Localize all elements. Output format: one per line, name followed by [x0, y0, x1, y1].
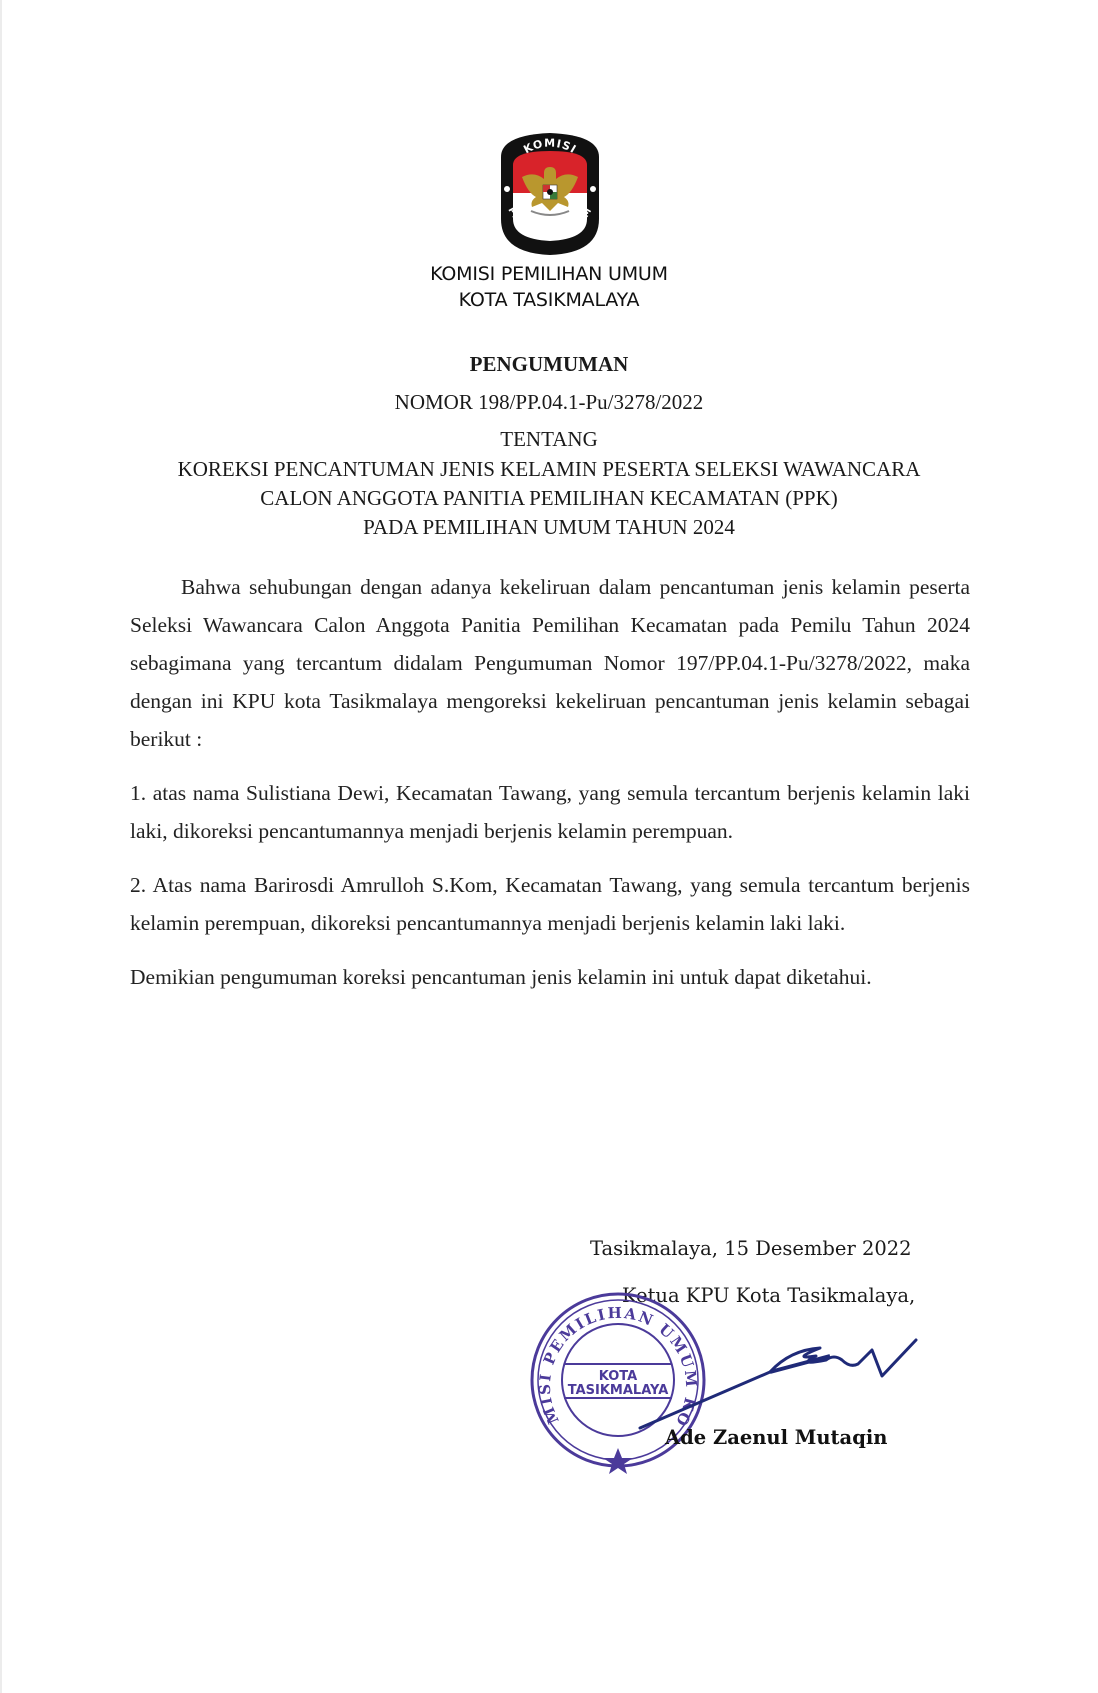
heading-about: TENTANG	[0, 427, 1098, 452]
handwritten-signature-icon	[620, 1320, 920, 1440]
signer-name: Ade Zaenul Mutaqin	[665, 1426, 887, 1449]
subject-line-3: PADA PEMILIHAN UMUM TAHUN 2024	[0, 515, 1098, 540]
org-city: KOTA TASIKMALAYA	[0, 289, 1098, 311]
kpu-logo-icon: KOMISI PEMILIHAN UMUM	[491, 127, 609, 259]
correction-item-2: 2. Atas nama Barirosdi Amrulloh S.Kom, K…	[130, 866, 970, 942]
place-date: Tasikmalaya, 15 Desember 2022	[590, 1237, 912, 1260]
document-number: NOMOR 198/PP.04.1-Pu/3278/2022	[0, 390, 1098, 415]
closing-paragraph: Demikian pengumuman koreksi pencantuman …	[130, 958, 970, 996]
intro-paragraph: Bahwa sehubungan dengan adanya kekelirua…	[130, 568, 970, 758]
correction-item-1: 1. atas nama Sulistiana Dewi, Kecamatan …	[130, 774, 970, 850]
page-edge	[0, 0, 2, 1693]
subject-line-2: CALON ANGGOTA PANITIA PEMILIHAN KECAMATA…	[0, 486, 1098, 511]
org-name: KOMISI PEMILIHAN UMUM	[0, 263, 1098, 285]
subject-line-1: KOREKSI PENCANTUMAN JENIS KELAMIN PESERT…	[0, 457, 1098, 482]
document-title: PENGUMUMAN	[0, 352, 1098, 377]
document-body: Bahwa sehubungan dengan adanya kekelirua…	[130, 568, 970, 996]
